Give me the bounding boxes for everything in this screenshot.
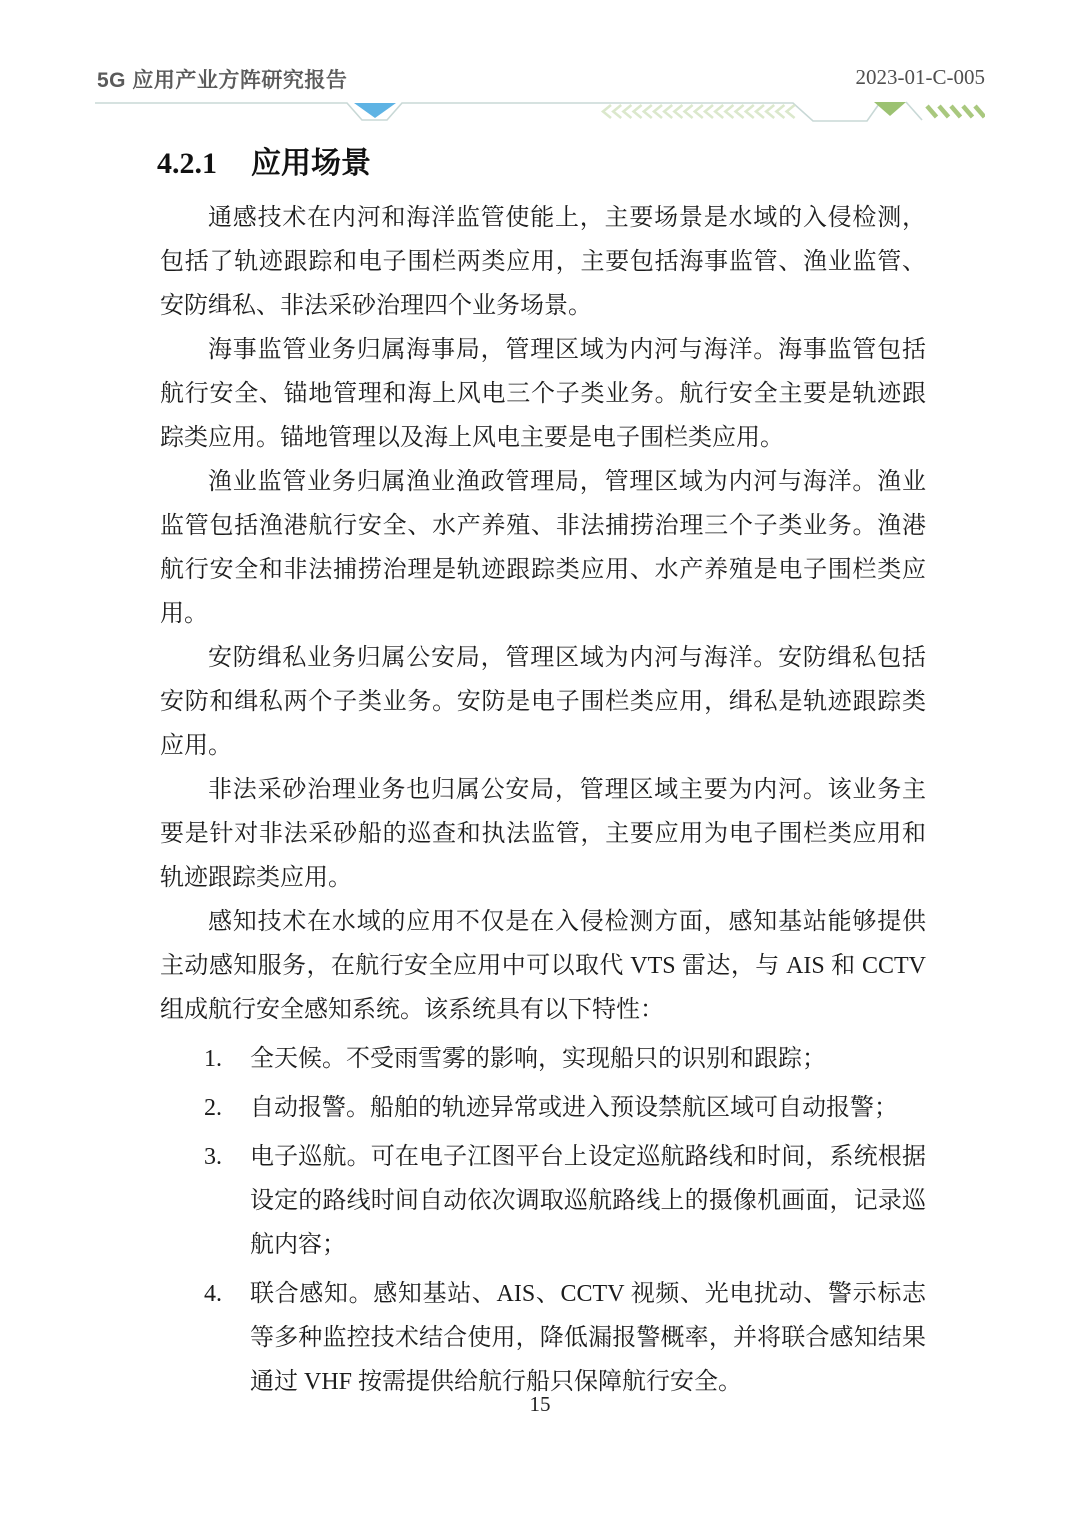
document-number: 2023-01-C-005: [856, 65, 986, 90]
header-rule-decoration: [95, 97, 985, 125]
page-header: 5G 应用产业方阵研究报告 2023-01-C-005: [95, 62, 985, 96]
list-item: 3. 电子巡航。可在电子江图平台上设定巡航路线和时间，系统根据设定的路线时间自动…: [204, 1135, 926, 1267]
page-number: 15: [0, 1392, 1080, 1417]
paragraph: 海事监管业务归属海事局，管理区域为内河与海洋。海事监管包括航行安全、锚地管理和海…: [160, 328, 926, 460]
rule-line-tail: [906, 102, 922, 120]
list-item-number: 4.: [204, 1272, 250, 1404]
chevron-row-icon: [603, 105, 795, 118]
paragraph: 通感技术在内河和海洋监管使能上，主要场景是水域的入侵检测，包括了轨迹跟踪和电子围…: [160, 196, 926, 328]
slash-row-icon: [927, 106, 985, 117]
green-triangle-icon: [874, 102, 906, 116]
paragraph: 安防缉私业务归属公安局，管理区域为内河与海洋。安防缉私包括安防和缉私两个子类业务…: [160, 636, 926, 768]
list-item-text: 自动报警。船舶的轨迹异常或进入预设禁航区域可自动报警；: [250, 1086, 926, 1130]
list-item: 2. 自动报警。船舶的轨迹异常或进入预设禁航区域可自动报警；: [204, 1086, 926, 1130]
paragraph: 感知技术在水域的应用不仅是在入侵检测方面，感知基站能够提供主动感知服务，在航行安…: [160, 900, 926, 1032]
section-heading: 4.2.1应用场景: [157, 138, 371, 182]
section-number: 4.2.1: [157, 147, 217, 180]
list-item-text: 全天候。不受雨雪雾的影响，实现船只的识别和跟踪；: [250, 1037, 926, 1081]
report-title: 5G 应用产业方阵研究报告: [97, 64, 347, 94]
document-page: 5G 应用产业方阵研究报告 2023-01-C-005 4.2.1应用场景 通感…: [0, 0, 1080, 1527]
paragraph: 非法采砂治理业务也归属公安局，管理区域主要为内河。该业务主要是针对非法采砂船的巡…: [160, 768, 926, 900]
list-item: 4. 联合感知。感知基站、AIS、CCTV 视频、光电扰动、警示标志等多种监控技…: [204, 1272, 926, 1404]
list-item-text: 联合感知。感知基站、AIS、CCTV 视频、光电扰动、警示标志等多种监控技术结合…: [250, 1272, 926, 1404]
list-item-number: 1.: [204, 1037, 250, 1081]
numbered-list: 1. 全天候。不受雨雪雾的影响，实现船只的识别和跟踪； 2. 自动报警。船舶的轨…: [160, 1037, 926, 1404]
paragraph: 渔业监管业务归属渔业渔政管理局，管理区域为内河与海洋。渔业监管包括渔港航行安全、…: [160, 460, 926, 636]
body-content: 通感技术在内河和海洋监管使能上，主要场景是水域的入侵检测，包括了轨迹跟踪和电子围…: [160, 196, 926, 1404]
list-item: 1. 全天候。不受雨雪雾的影响，实现船只的识别和跟踪；: [204, 1037, 926, 1081]
list-item-text: 电子巡航。可在电子江图平台上设定巡航路线和时间，系统根据设定的路线时间自动依次调…: [250, 1135, 926, 1267]
list-item-number: 2.: [204, 1086, 250, 1130]
section-title: 应用场景: [251, 147, 371, 180]
list-item-number: 3.: [204, 1135, 250, 1267]
